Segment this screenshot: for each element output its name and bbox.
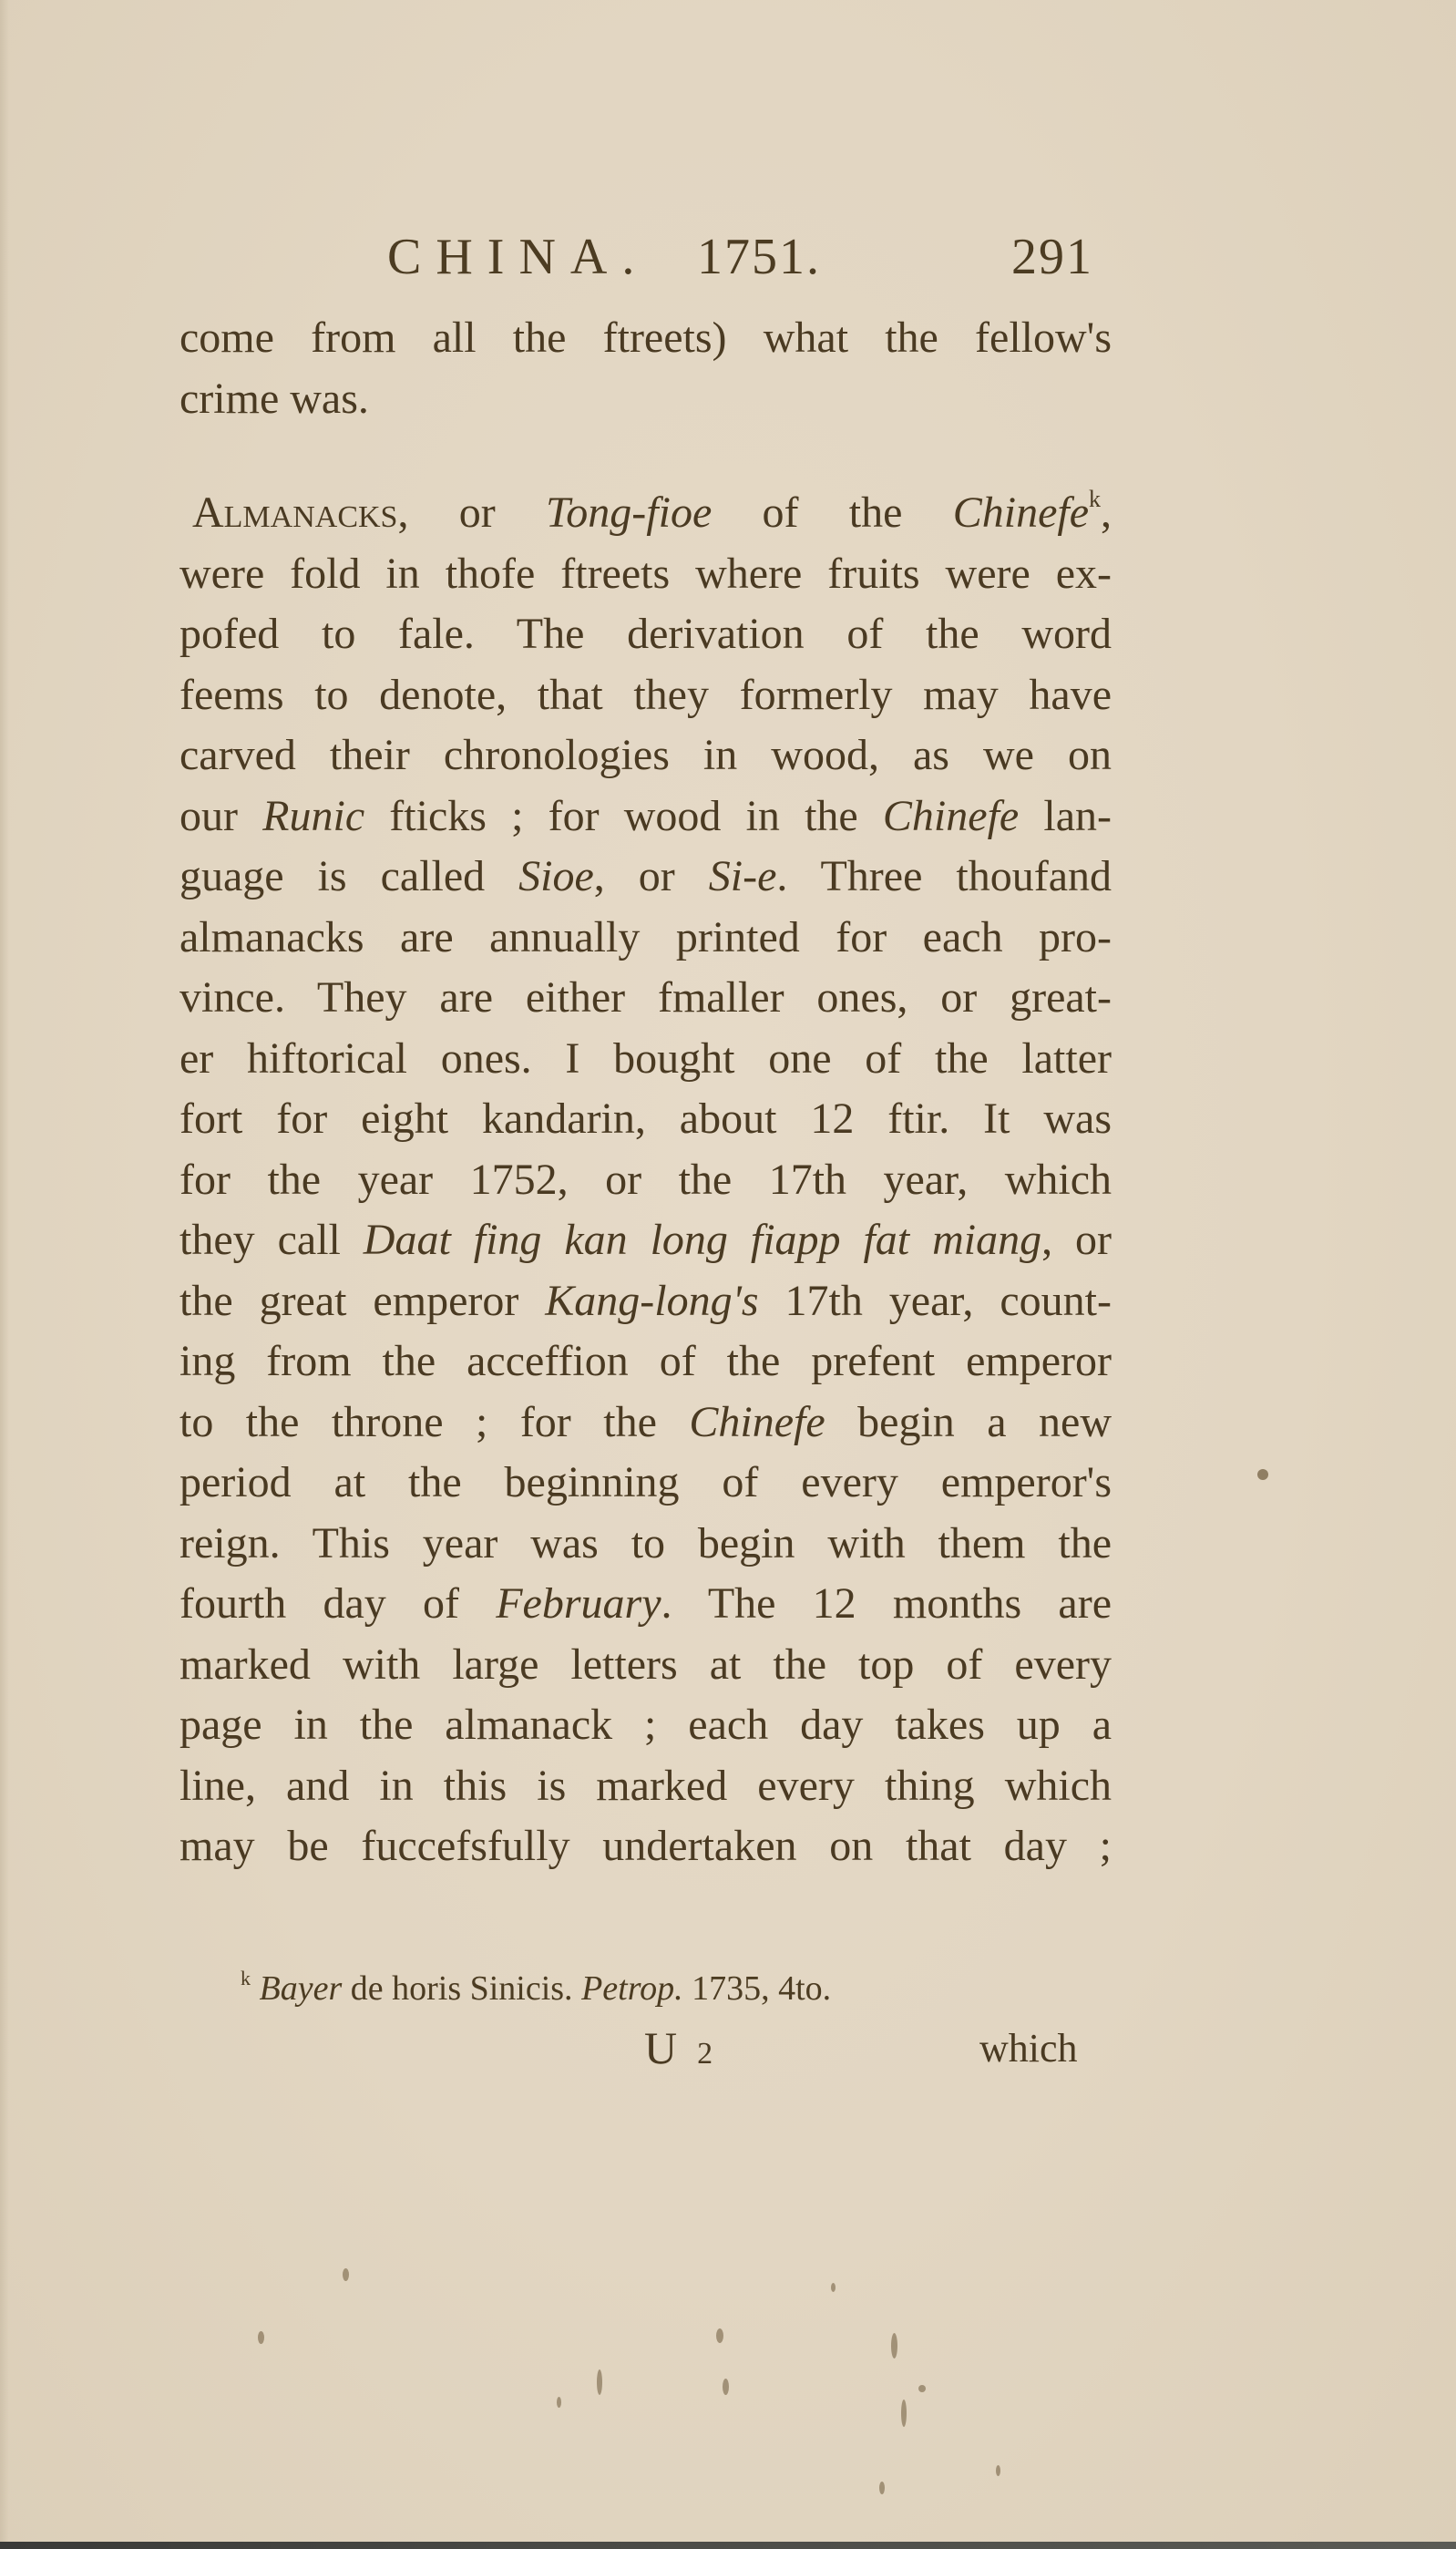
text-segment: February (496, 1579, 661, 1628)
paper-speck (723, 2379, 729, 2395)
footnote-reference: k (1089, 486, 1101, 512)
paragraph-line: guage is called Sioe, or Si-e. Three tho… (179, 847, 1112, 908)
paragraph-line: they call Daat fing kan long fiapp fat m… (179, 1210, 1112, 1271)
paragraph-line: our Runic fticks ; for wood in the Chine… (179, 786, 1112, 848)
footnote-title: de horis Sinicis. (342, 1969, 581, 2008)
text-segment: Daat fing kan long fiapp fat miang (364, 1216, 1041, 1264)
text-segment: were fold in thofe ftreets where fruits … (179, 550, 1112, 598)
paper-speck (597, 2369, 602, 2395)
paper-speck (996, 2465, 1000, 2476)
text-segment: 17th year, count- (759, 1277, 1112, 1325)
signature-number: 2 (697, 2037, 713, 2071)
footnote-details: 1735, 4to. (683, 1969, 832, 2008)
text-segment: er hiftorical ones. I bought one of the … (179, 1034, 1112, 1083)
book-page: CHINA. 1751. 291 come from all the ftree… (0, 0, 1456, 2549)
text-segment: , (1101, 488, 1112, 537)
paper-speck (716, 2328, 723, 2343)
paragraph-line: period at the beginning of every emperor… (179, 1453, 1112, 1514)
paragraph-line: ing from the acceffion of the prefent em… (179, 1331, 1112, 1393)
body-text: come from all the ftreets) what the fell… (179, 308, 1112, 1877)
paragraph-line: pofed to fale. The derivation of the wor… (179, 604, 1112, 665)
text-segment: feems to denote, that they formerly may … (179, 671, 1112, 719)
paragraph-line: vince. They are either fmaller ones, or … (179, 968, 1112, 1029)
text-segment: . Three thoufand (776, 852, 1112, 900)
footnote-author: Bayer (260, 1969, 343, 2008)
text-segment: carved their chronologies in wood, as we… (179, 731, 1112, 779)
text-segment: ing from the acceffion of the prefent em… (179, 1337, 1112, 1385)
paper-speck (879, 2482, 885, 2494)
signature-letter: U (644, 2022, 677, 2073)
text-segment: page in the almanack ; each day takes up… (179, 1701, 1112, 1749)
text-segment: fticks ; for wood in the (364, 792, 883, 840)
paper-speck (901, 2400, 907, 2427)
page-left-edge-shadow (0, 0, 9, 2549)
paper-speck (918, 2385, 926, 2392)
text-segment: reign. This year was to begin with them … (179, 1519, 1112, 1567)
text-segment: fort for eight kandarin, about 12 ftir. … (179, 1095, 1112, 1143)
continuation-line: crime was. (179, 369, 1112, 430)
paragraph-line: er hiftorical ones. I bought one of the … (179, 1029, 1112, 1090)
text-segment: may be fuccefsfully undertaken on that d… (179, 1822, 1112, 1870)
text-segment: of the (712, 488, 952, 537)
paragraph-line: almanacks are annually printed for each … (179, 908, 1112, 969)
text-segment: Chinefe (689, 1398, 825, 1446)
text-segment: guage is called (179, 852, 518, 900)
paragraph-line: carved their chronologies in wood, as we… (179, 725, 1112, 786)
text-segment: . The 12 months are (661, 1579, 1113, 1628)
text-segment: Si-e (709, 852, 777, 900)
text-segment: to the throne ; for the (179, 1398, 689, 1446)
paragraph-line: reign. This year was to begin with them … (179, 1514, 1112, 1575)
text-segment: our (179, 792, 262, 840)
text-segment: , or (594, 852, 709, 900)
paper-speck (343, 2268, 349, 2281)
text-segment: fourth day of (179, 1579, 496, 1628)
text-segment: marked with large letters at the top of … (179, 1640, 1112, 1689)
paper-speck (557, 2397, 561, 2408)
paper-speck (258, 2331, 264, 2344)
running-head-year: 1751. (697, 228, 821, 286)
text-segment: Almanacks, (192, 488, 408, 537)
paper-speck (831, 2283, 836, 2292)
paper-speck (1257, 1469, 1268, 1480)
footnote-place: Petrop. (581, 1969, 683, 2008)
signature-mark: U2 (644, 2021, 713, 2074)
page-number: 291 (1011, 228, 1093, 286)
paragraph-line: the great emperor Kang-long's 17th year,… (179, 1271, 1112, 1332)
text-segment: Chinefe (883, 792, 1019, 840)
footnote-marker: k (241, 1967, 251, 1989)
catchword: which (979, 2025, 1078, 2071)
paragraph-line: to the throne ; for the Chinefe begin a … (179, 1393, 1112, 1454)
text-segment: pofed to fale. The derivation of the wor… (179, 610, 1112, 658)
text-segment: begin a new (825, 1398, 1112, 1446)
text-segment: line, and in this is marked every thing … (179, 1762, 1112, 1810)
text-segment: , or (1041, 1216, 1112, 1264)
continuation-line: come from all the ftreets) what the fell… (179, 308, 1112, 369)
text-segment: the great emperor (179, 1277, 545, 1325)
paper-speck (891, 2333, 897, 2359)
footnote: k Bayer de horis Sinicis. Petrop. 1735, … (241, 1968, 831, 2009)
paragraph-gap (179, 429, 1112, 483)
text-segment: Kang-long's (545, 1277, 758, 1325)
text-segment: Sioe (518, 852, 594, 900)
text-segment: period at the beginning of every emperor… (179, 1458, 1112, 1506)
paragraph-line: fort for eight kandarin, about 12 ftir. … (179, 1089, 1112, 1150)
text-segment: Tong-fioe (546, 488, 712, 537)
text-segment: they call (179, 1216, 364, 1264)
text-segment: vince. They are either fmaller ones, or … (179, 973, 1112, 1022)
text-segment: for the year 1752, or the 17th year, whi… (179, 1156, 1112, 1204)
paragraph-line: page in the almanack ; each day takes up… (179, 1695, 1112, 1756)
paragraph-line: line, and in this is marked every thing … (179, 1756, 1112, 1817)
paragraph-line: may be fuccefsfully undertaken on that d… (179, 1816, 1112, 1877)
running-head: CHINA. 1751. 291 (387, 228, 1116, 292)
paragraph-line: were fold in thofe ftreets where fruits … (179, 544, 1112, 605)
text-segment: or (408, 488, 546, 537)
paragraph-almanacks: Almanacks, or Tong-fioe of the Chinefek,… (179, 483, 1112, 1877)
text-segment: Runic (262, 792, 364, 840)
page-bottom-edge (0, 2542, 1456, 2549)
paragraph-line: fourth day of February. The 12 months ar… (179, 1574, 1112, 1635)
text-segment: almanacks are annually printed for each … (179, 913, 1112, 961)
paragraph-line: feems to denote, that they formerly may … (179, 665, 1112, 726)
running-head-title: CHINA. (387, 228, 649, 286)
paragraph-line: for the year 1752, or the 17th year, whi… (179, 1150, 1112, 1211)
text-segment: lan- (1019, 792, 1112, 840)
paragraph-line: Almanacks, or Tong-fioe of the Chinefek, (179, 483, 1112, 544)
text-segment: Chinefe (953, 488, 1089, 537)
paragraph-line: marked with large letters at the top of … (179, 1635, 1112, 1696)
